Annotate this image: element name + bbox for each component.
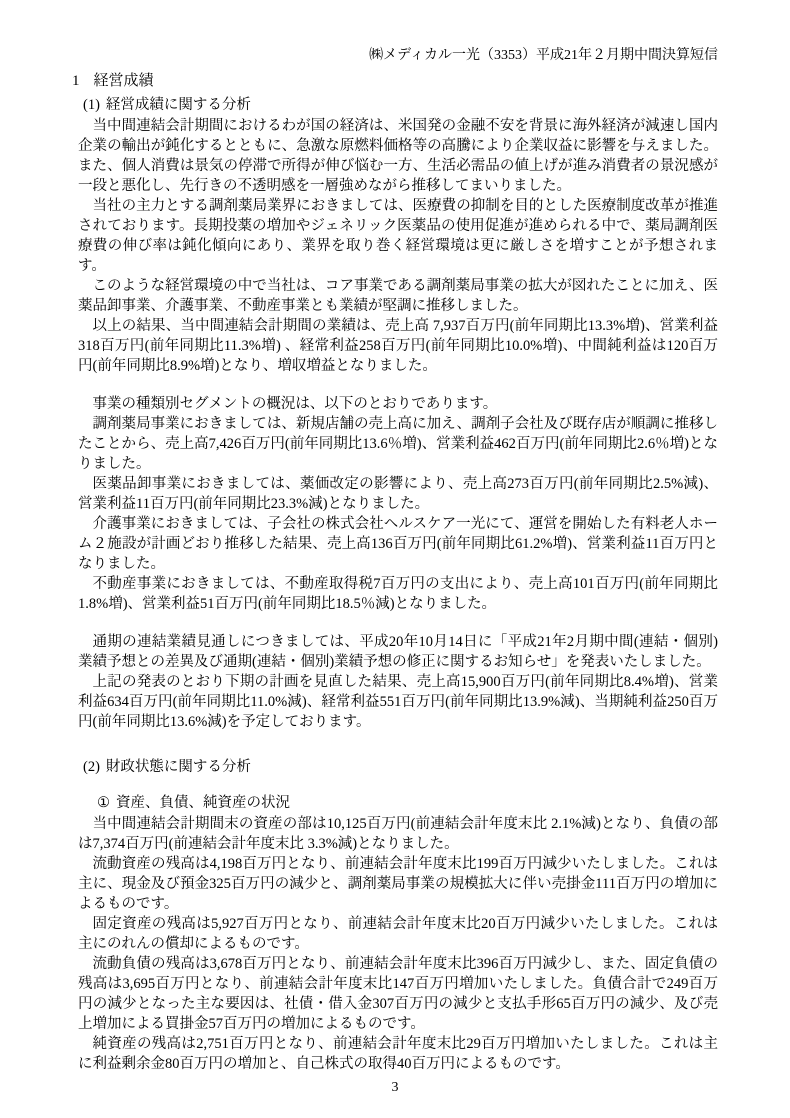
subsection-title: 経営成績に関する分析: [106, 97, 251, 113]
paragraph-revised-forecast: 上記の発表のとおり下期の計画を見直した結果、売上高15,900百万円(前年同期比…: [78, 672, 718, 732]
paragraph-current-assets: 流動資産の残高は4,198百万円となり、前連結会計年度末比199百万円減少いたし…: [78, 854, 718, 914]
document-header: ㈱メディカル一光（3353）平成21年２月期中間決算短信: [72, 46, 718, 66]
page-number: 3: [0, 1078, 790, 1098]
paragraph-pharmacy-industry: 当社の主力とする調剤薬局業界におきましては、医療費の抑制を目的とした医療制度改革…: [78, 196, 718, 276]
section-heading-business-results: 1経営成績: [72, 70, 718, 92]
paragraph-segment-wholesale: 医薬品卸事業におきましては、薬価改定の影響により、売上高273百万円(前年同期比…: [78, 474, 718, 514]
subsection-heading-financial-position: (2)財政状態に関する分析: [83, 756, 718, 778]
paragraph-full-year-outlook: 通期の連結業績見通しにつきましては、平成20年10月14日に「平成21年2月期中…: [78, 632, 718, 672]
item-heading-assets-liabilities-equity: ①資産、負債、純資産の状況: [97, 792, 718, 814]
paragraph-economy-overview: 当中間連結会計期間におけるわが国の経済は、米国発の金融不安を背景に海外経済が減速…: [78, 116, 718, 196]
subsection-title: 財政状態に関する分析: [106, 759, 251, 775]
subsection-number: (2): [83, 759, 100, 775]
paragraph-fixed-assets: 固定資産の残高は5,927百万円となり、前連結会計年度末比20百万円減少いたしま…: [78, 914, 718, 954]
paragraph-segment-real-estate: 不動産事業におきましては、不動産取得税7百万円の支出により、売上高101百万円(…: [78, 574, 718, 614]
spacer: [72, 732, 718, 754]
item-number: ①: [97, 795, 110, 811]
document-content: 1経営成績 (1)経営成績に関する分析 当中間連結会計期間におけるわが国の経済は…: [72, 70, 718, 1074]
document-page: ㈱メディカル一光（3353）平成21年２月期中間決算短信 1経営成績 (1)経営…: [0, 0, 790, 1118]
paragraph-segment-pharmacy: 調剤薬局事業におきましては、新規店舗の売上高に加え、調剤子会社及び既存店が順調に…: [78, 414, 718, 474]
paragraph-net-assets: 純資産の残高は2,751百万円となり、前連結会計年度末比29百万円増加いたしまし…: [78, 1034, 718, 1074]
paragraph-segment-intro: 事業の種類別セグメントの概況は、以下のとおりであります。: [78, 394, 718, 414]
subsection-number: (1): [83, 97, 100, 113]
paragraph-business-environment: このような経営環境の中で当社は、コア事業である調剤薬局事業の拡大が図れたことに加…: [78, 276, 718, 316]
section-number: 1: [72, 73, 80, 89]
paragraph-segment-nursing-care: 介護事業におきましては、子会社の株式会社ヘルスケア一光にて、運営を開始した有料老…: [78, 514, 718, 574]
paragraph-interim-results: 以上の結果、当中間連結会計期間の業績は、売上高 7,937百万円(前年同期比13…: [78, 316, 718, 376]
spacer: [72, 778, 718, 792]
spacer: [72, 376, 718, 394]
paragraph-liabilities: 流動負債の残高は3,678百万円となり、前連結会計年度末比396百万円減少し、ま…: [78, 954, 718, 1034]
section-title: 経営成績: [94, 73, 154, 89]
paragraph-assets-liabilities-total: 当中間連結会計期間末の資産の部は10,125百万円(前連結会計年度末比 2.1%…: [78, 814, 718, 854]
spacer: [72, 614, 718, 632]
item-title: 資産、負債、純資産の状況: [116, 795, 290, 811]
subsection-heading-results-analysis: (1)経営成績に関する分析: [83, 94, 718, 116]
